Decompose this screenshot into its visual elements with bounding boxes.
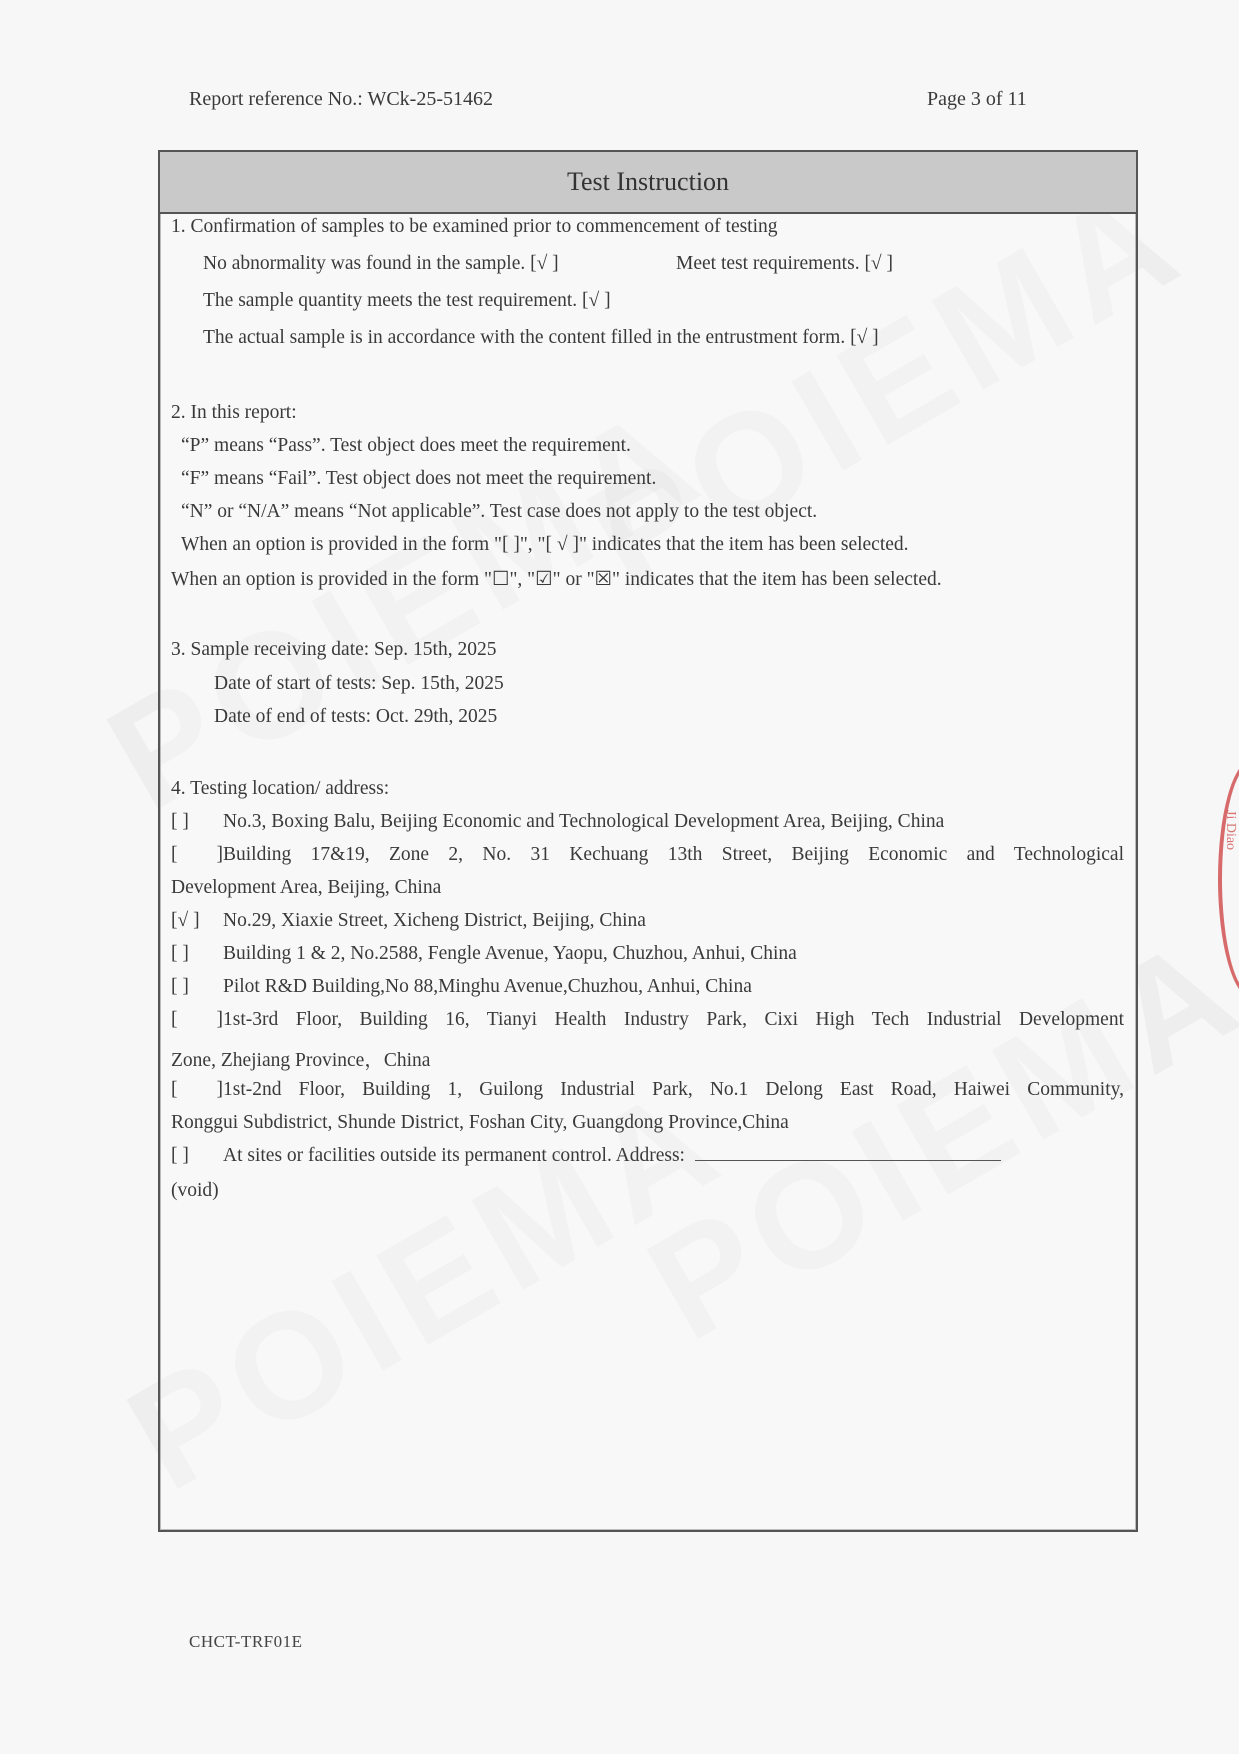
location-address: At sites or facilities outside its perma… (223, 1145, 685, 1166)
location-option[interactable]: [ ]1st-3rd Floor, Building 16, Tianyi He… (171, 1009, 1124, 1031)
location-address: Pilot R&D Building,No 88,Minghu Avenue,C… (223, 976, 752, 997)
test-instruction-box: Test Instruction (158, 150, 1138, 1532)
location-address-cont: Ronggui Subdistrict, Shunde District, Fo… (171, 1112, 789, 1134)
location-checkbox[interactable]: [ ] (171, 1009, 223, 1031)
bracket-option-note: When an option is provided in the form "… (181, 534, 909, 556)
location-checkbox-checked[interactable]: [√ ] (171, 910, 223, 932)
report-reference: Report reference No.: WCk-25-51462 (189, 88, 493, 111)
location-option[interactable]: [ ]Pilot R&D Building,No 88,Minghu Avenu… (171, 976, 752, 998)
definition-pass: “P” means “Pass”. Test object does meet … (181, 435, 631, 457)
location-address: No.29, Xiaxie Street, Xicheng District, … (223, 910, 646, 931)
location-option-selected[interactable]: [√ ]No.29, Xiaxie Street, Xicheng Distri… (171, 910, 646, 932)
check-no-abnormality: No abnormality was found in the sample. … (203, 253, 559, 275)
location-address-cont: Zone, Zhejiang Province，China (171, 1044, 430, 1072)
location-address: No.3, Boxing Balu, Beijing Economic and … (223, 811, 944, 832)
form-code: CHCT-TRF01E (189, 1632, 303, 1652)
sample-receiving-date: 3. Sample receiving date: Sep. 15th, 202… (171, 639, 496, 661)
seal-stamp-icon (1218, 760, 1239, 998)
test-end-date: Date of end of tests: Oct. 29th, 2025 (214, 706, 497, 728)
box-option-note: When an option is provided in the form "… (171, 567, 942, 591)
section2-heading: 2. In this report: (171, 402, 297, 424)
outside-address-field[interactable] (695, 1146, 1001, 1161)
section1-heading: 1. Confirmation of samples to be examine… (171, 216, 778, 238)
check-sample-accordance: The actual sample is in accordance with … (203, 327, 879, 349)
location-address: Building 17&19, Zone 2, No. 31 Kechuang … (223, 844, 1124, 865)
box-title: Test Instruction (160, 152, 1136, 214)
location-checkbox[interactable]: [ ] (171, 1079, 223, 1101)
section4-heading: 4. Testing location/ address: (171, 778, 389, 800)
location-option[interactable]: [ ]Building 1 & 2, No.2588, Fengle Avenu… (171, 943, 797, 965)
location-option[interactable]: [ ]No.3, Boxing Balu, Beijing Economic a… (171, 811, 944, 833)
location-checkbox[interactable]: [ ] (171, 811, 223, 833)
definition-fail: “F” means “Fail”. Test object does not m… (181, 468, 656, 490)
test-start-date: Date of start of tests: Sep. 15th, 2025 (214, 673, 504, 695)
location-checkbox[interactable]: [ ] (171, 976, 223, 998)
page-indicator: Page 3 of 11 (927, 88, 1027, 111)
location-checkbox[interactable]: [ ] (171, 1145, 223, 1167)
location-checkbox[interactable]: [ ] (171, 844, 223, 866)
seal-stamp-text: Ji Diao (1222, 810, 1238, 850)
check-meet-requirements: Meet test requirements. [√ ] (676, 253, 893, 275)
location-address: 1st-3rd Floor, Building 16, Tianyi Healt… (223, 1009, 1124, 1030)
location-address: 1st-2nd Floor, Building 1, Guilong Indus… (223, 1079, 1124, 1100)
location-option[interactable]: [ ]Building 17&19, Zone 2, No. 31 Kechua… (171, 844, 1124, 866)
location-checkbox[interactable]: [ ] (171, 943, 223, 965)
definition-na: “N” or “N/A” means “Not applicable”. Tes… (181, 501, 817, 523)
location-option[interactable]: [ ]At sites or facilities outside its pe… (171, 1145, 1001, 1167)
location-address-cont: Development Area, Beijing, China (171, 877, 441, 899)
location-address: Building 1 & 2, No.2588, Fengle Avenue, … (223, 943, 797, 964)
void-note: (void) (171, 1180, 219, 1202)
location-option[interactable]: [ ]1st-2nd Floor, Building 1, Guilong In… (171, 1079, 1124, 1101)
check-sample-quantity: The sample quantity meets the test requi… (203, 290, 611, 312)
